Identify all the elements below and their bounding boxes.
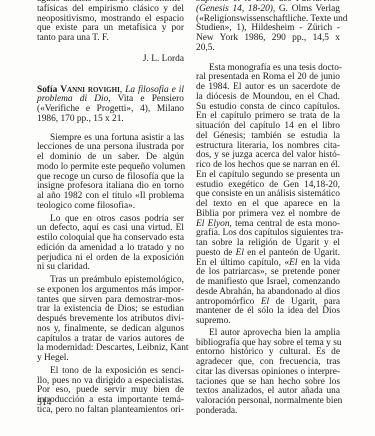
citation-publisher: , G. Olms Verlag: [273, 4, 340, 14]
text-line: tica, pero no faltan planteamientos ori-: [37, 406, 184, 416]
text-line: teologico come filosofia».: [37, 202, 184, 212]
review-citation-line-4: 1986, 170 pp., 15 x 21.: [37, 115, 184, 125]
review-body-paragraph-2: El autor aprovecha bien la amplia biblio…: [196, 329, 340, 417]
text-line: ni su claridad.: [37, 263, 184, 273]
citation-title-subtitle: (Genesis 14, 18-20): [196, 4, 273, 14]
text-line: y Hegel.: [37, 354, 184, 364]
previous-review-tail: agudo análisis de las posturas antime- t…: [37, 0, 184, 44]
review-citation: Suprême et le Dieu des Patriarches (Gene…: [196, 0, 340, 54]
review-author-first: Sofía: [37, 85, 60, 95]
review-book-title-cont: problema di Dio: [37, 94, 108, 104]
citation-line: New York 1986, 290 pp., 14,5 x: [196, 34, 340, 44]
page-number: 514: [37, 397, 51, 408]
review-paragraph-4: El tono de la exposición es senci- llo, …: [37, 367, 184, 416]
text-line: supremo.: [196, 317, 340, 327]
review-book-title: La filosofia e il: [125, 85, 184, 95]
review-paragraph-1: Siempre es una fortuna asistir a las lec…: [37, 134, 184, 212]
review-heading: Sofía Vanni rovighi, La filosofia e il p…: [37, 86, 184, 125]
citation-line: 20,5.: [196, 44, 340, 54]
right-column: Suprême et le Dieu des Patriarches (Gene…: [196, 0, 340, 417]
review-paragraph-2: Lo que en otros casos podría ser un defe…: [37, 215, 184, 274]
text-line: ponderada.: [196, 407, 340, 417]
review-body-paragraph-1: Esta monografía es una tesis docto- ral …: [196, 64, 340, 327]
left-column: agudo análisis de las posturas antime- t…: [37, 0, 184, 416]
review-paragraph-3: Tras un preámbulo epistemológico, se exp…: [37, 276, 184, 364]
text-line: tanto para una T. F.: [37, 34, 184, 44]
review-publisher: , Vita e Pensiero: [108, 94, 184, 104]
review-author-last: Vanni rovighi: [60, 85, 120, 95]
reviewer-signature: J. L. Lorda: [37, 55, 184, 65]
